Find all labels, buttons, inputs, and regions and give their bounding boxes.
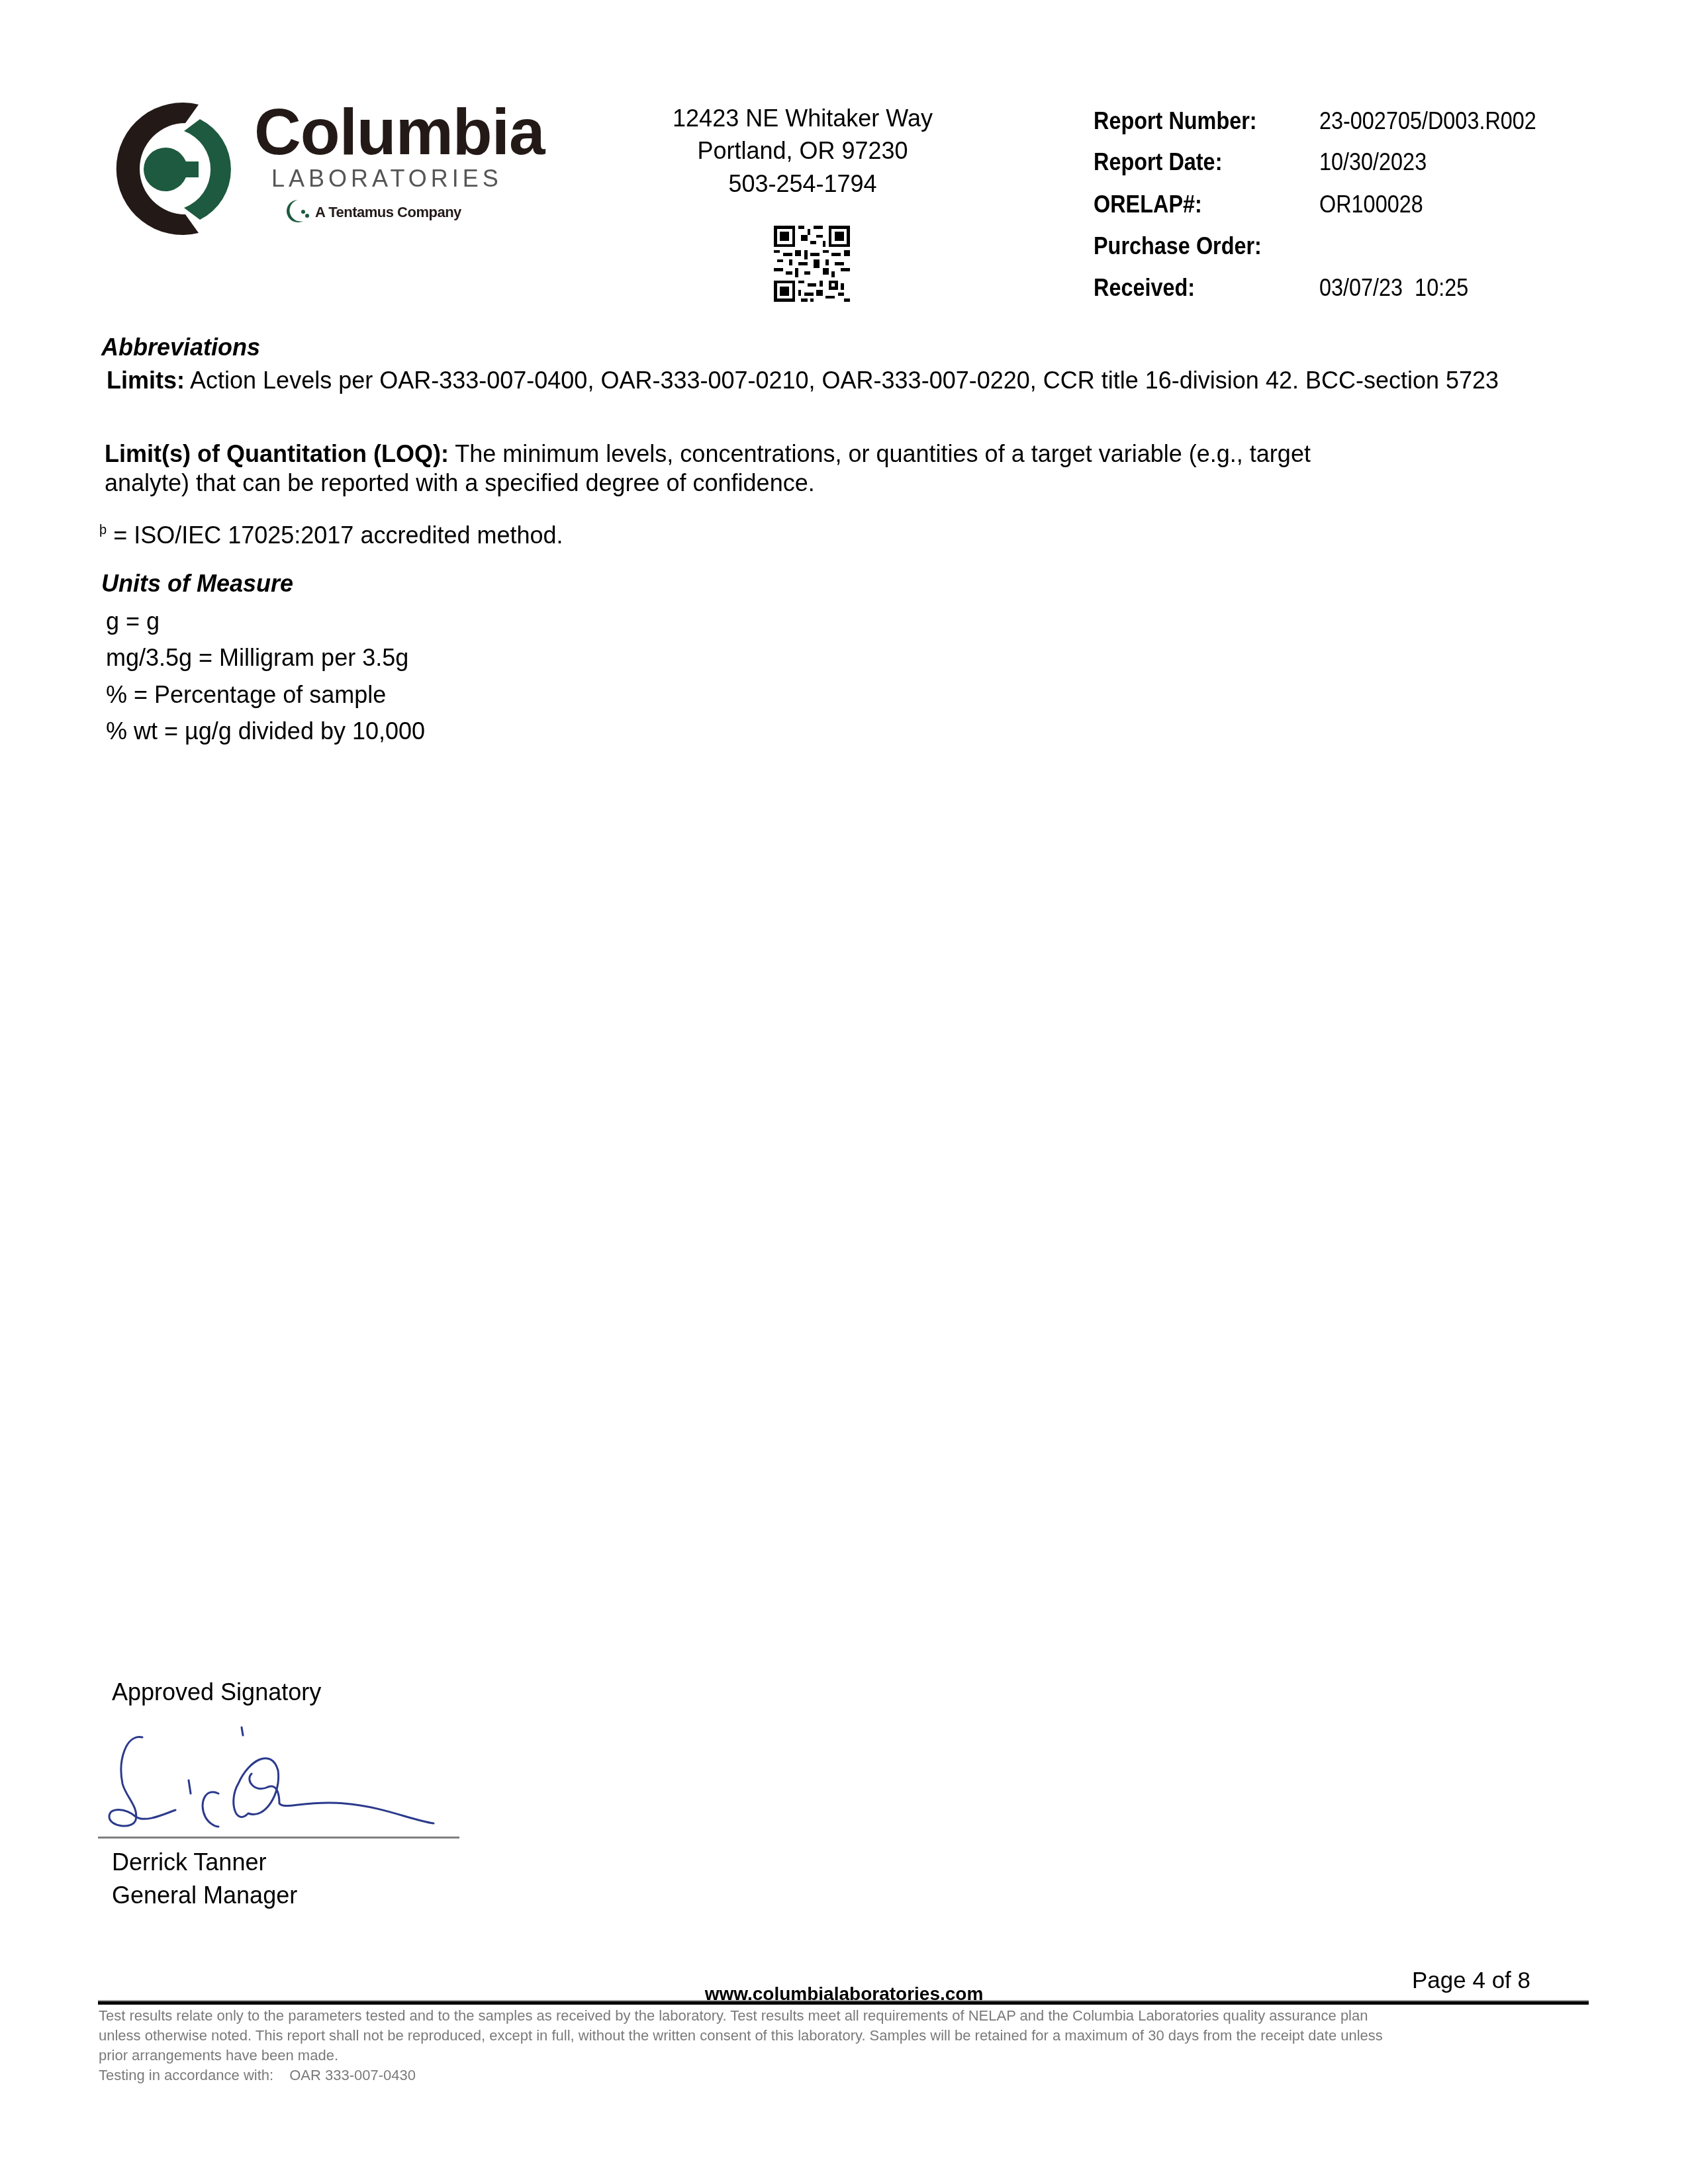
footer-disclaimer-line: prior arrangements have been made. [99,2048,338,2063]
logo-wordmark: Columbia [254,99,544,164]
logo-tagline: A Tentamus Company [315,205,461,220]
report-number-value: 23-002705/D003.R002 [1319,109,1536,133]
signature-line [98,1837,459,1839]
testing-value: OAR 333-007-0430 [289,2067,416,2083]
orelap-label: ORELAP#: [1094,193,1202,216]
footer-url-container: www.columbialaboratories.com [688,1983,1000,2001]
address-phone: 503-254-1794 [596,172,1009,196]
accredited-symbol: þ [99,523,107,537]
accredited-text: = ISO/IEC 17025:2017 accredited method. [107,522,563,549]
abbreviations-heading: Abbreviations [101,336,260,359]
limits-definition: Limits: Action Levels per OAR-333-007-04… [107,369,1499,392]
units-heading: Units of Measure [101,572,293,596]
signatory-name: Derrick Tanner [112,1850,266,1874]
limits-text: Action Levels per OAR-333-007-0400, OAR-… [185,367,1499,394]
report-date-value: 10/30/2023 [1319,150,1427,174]
website-link[interactable]: www.columbialaboratories.com [688,1983,1000,2001]
unit-item: % wt = µg/g divided by 10,000 [106,719,425,743]
testing-label: Testing in accordance with: [99,2067,273,2083]
address-city: Portland, OR 97230 [596,139,1009,163]
unit-item: mg/3.5g = Milligram per 3.5g [106,646,408,670]
received-label: Received: [1094,276,1195,300]
footer-divider [98,2001,1589,2005]
address-street: 12423 NE Whitaker Way [596,107,1009,130]
page-number: Page 4 of 8 [1412,1969,1530,1992]
footer-disclaimer-line: Test results relate only to the paramete… [99,2009,1368,2023]
loq-text-line1: The minimum levels, concentrations, or q… [449,440,1311,467]
signatory-title: General Manager [112,1884,297,1907]
unit-item: % = Percentage of sample [106,683,386,707]
qr-code-icon[interactable] [774,226,850,302]
columbia-logo-icon [99,101,248,240]
orelap-value: OR100028 [1319,193,1423,216]
loq-text-line2: analyte) that can be reported with a spe… [105,469,1429,498]
tentamus-icon [283,199,312,224]
footer-disclaimer-line: unless otherwise noted. This report shal… [99,2028,1383,2043]
report-date-label: Report Date: [1094,150,1222,174]
purchase-order-label: Purchase Order: [1094,234,1262,258]
loq-label: Limit(s) of Quantitation (LOQ): [105,440,449,467]
unit-item: g = g [106,610,160,633]
signature-image [106,1721,463,1833]
footer-testing: Testing in accordance with:OAR 333-007-0… [99,2068,416,2083]
report-number-label: Report Number: [1094,109,1257,133]
limits-label: Limits: [107,367,185,394]
approved-signatory-heading: Approved Signatory [112,1680,321,1704]
logo-subtitle: LABORATORIES [271,167,502,191]
received-value: 03/07/23 10:25 [1319,276,1468,300]
loq-definition: Limit(s) of Quantitation (LOQ): The mini… [105,439,1429,498]
accredited-method-note: þ = ISO/IEC 17025:2017 accredited method… [99,523,563,547]
